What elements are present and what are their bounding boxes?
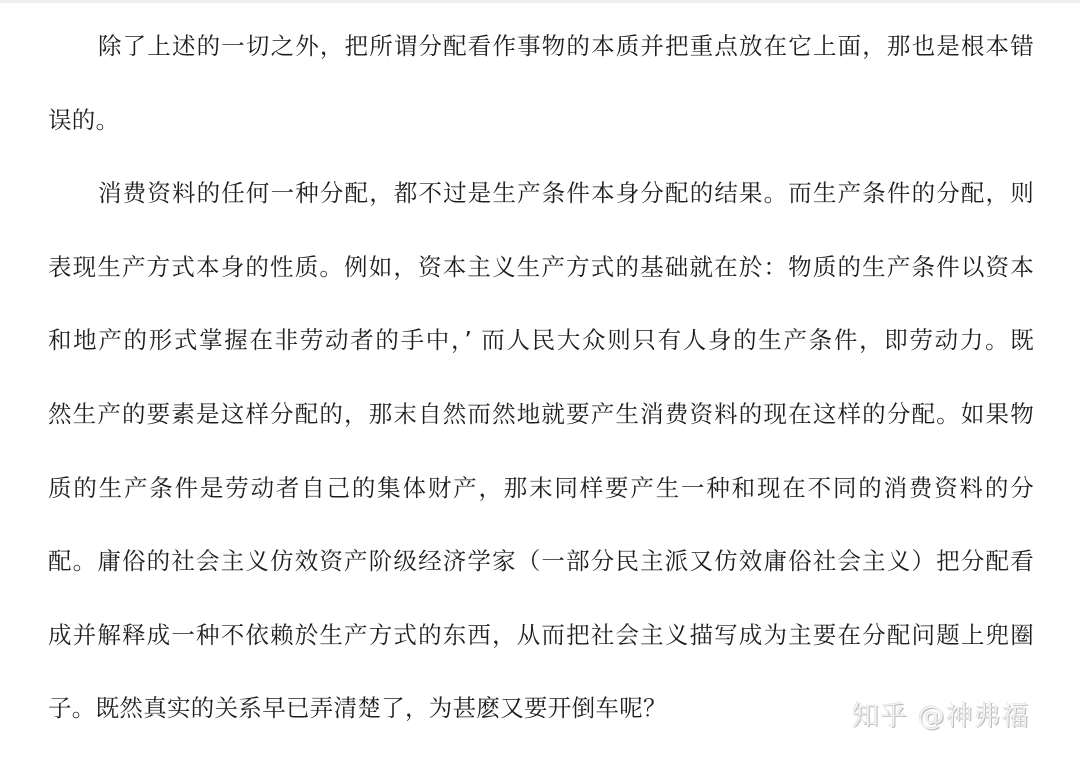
text-line: 然生产的要素是这样分配的，那末自然而然地就要产生消费资料的现在这样的分配。如果物: [48, 378, 1034, 452]
text-line: 成并解释成一种不依赖於生产方式的东西，从而把社会主义描写成为主要在分配问题上兜圈: [48, 599, 1034, 673]
text-line: 和地产的形式掌握在非劳动者的手中，’ 而人民大众则只有人身的生产条件，即劳动力。…: [48, 304, 1034, 378]
zhihu-watermark: 知乎 @神弗福: [852, 694, 1030, 733]
text-line: 配。庸俗的社会主义仿效资产阶级经济学家（一部分民主派又仿效庸俗社会主义）把分配看: [48, 525, 1034, 599]
text-line: 质的生产条件是劳动者自己的集体财产，那末同样要产生一种和现在不同的消费资料的分: [48, 452, 1034, 526]
document-body: 除了上述的一切之外，把所谓分配看作事物的本质并把重点放在它上面，那也是根本错 误…: [48, 10, 1034, 746]
text-line: 误的。: [48, 84, 1034, 158]
text-line: 消费资料的任何一种分配，都不过是生产条件本身分配的结果。而生产条件的分配，则: [48, 157, 1034, 231]
top-border-strip: [0, 0, 1080, 3]
paragraph-1: 除了上述的一切之外，把所谓分配看作事物的本质并把重点放在它上面，那也是根本错 误…: [48, 10, 1034, 157]
text-line: 表现生产方式本身的性质。例如，资本主义生产方式的基础就在於：物质的生产条件以资本: [48, 231, 1034, 305]
text-line: 除了上述的一切之外，把所谓分配看作事物的本质并把重点放在它上面，那也是根本错: [48, 10, 1034, 84]
paragraph-2: 消费资料的任何一种分配，都不过是生产条件本身分配的结果。而生产条件的分配，则 表…: [48, 157, 1034, 746]
